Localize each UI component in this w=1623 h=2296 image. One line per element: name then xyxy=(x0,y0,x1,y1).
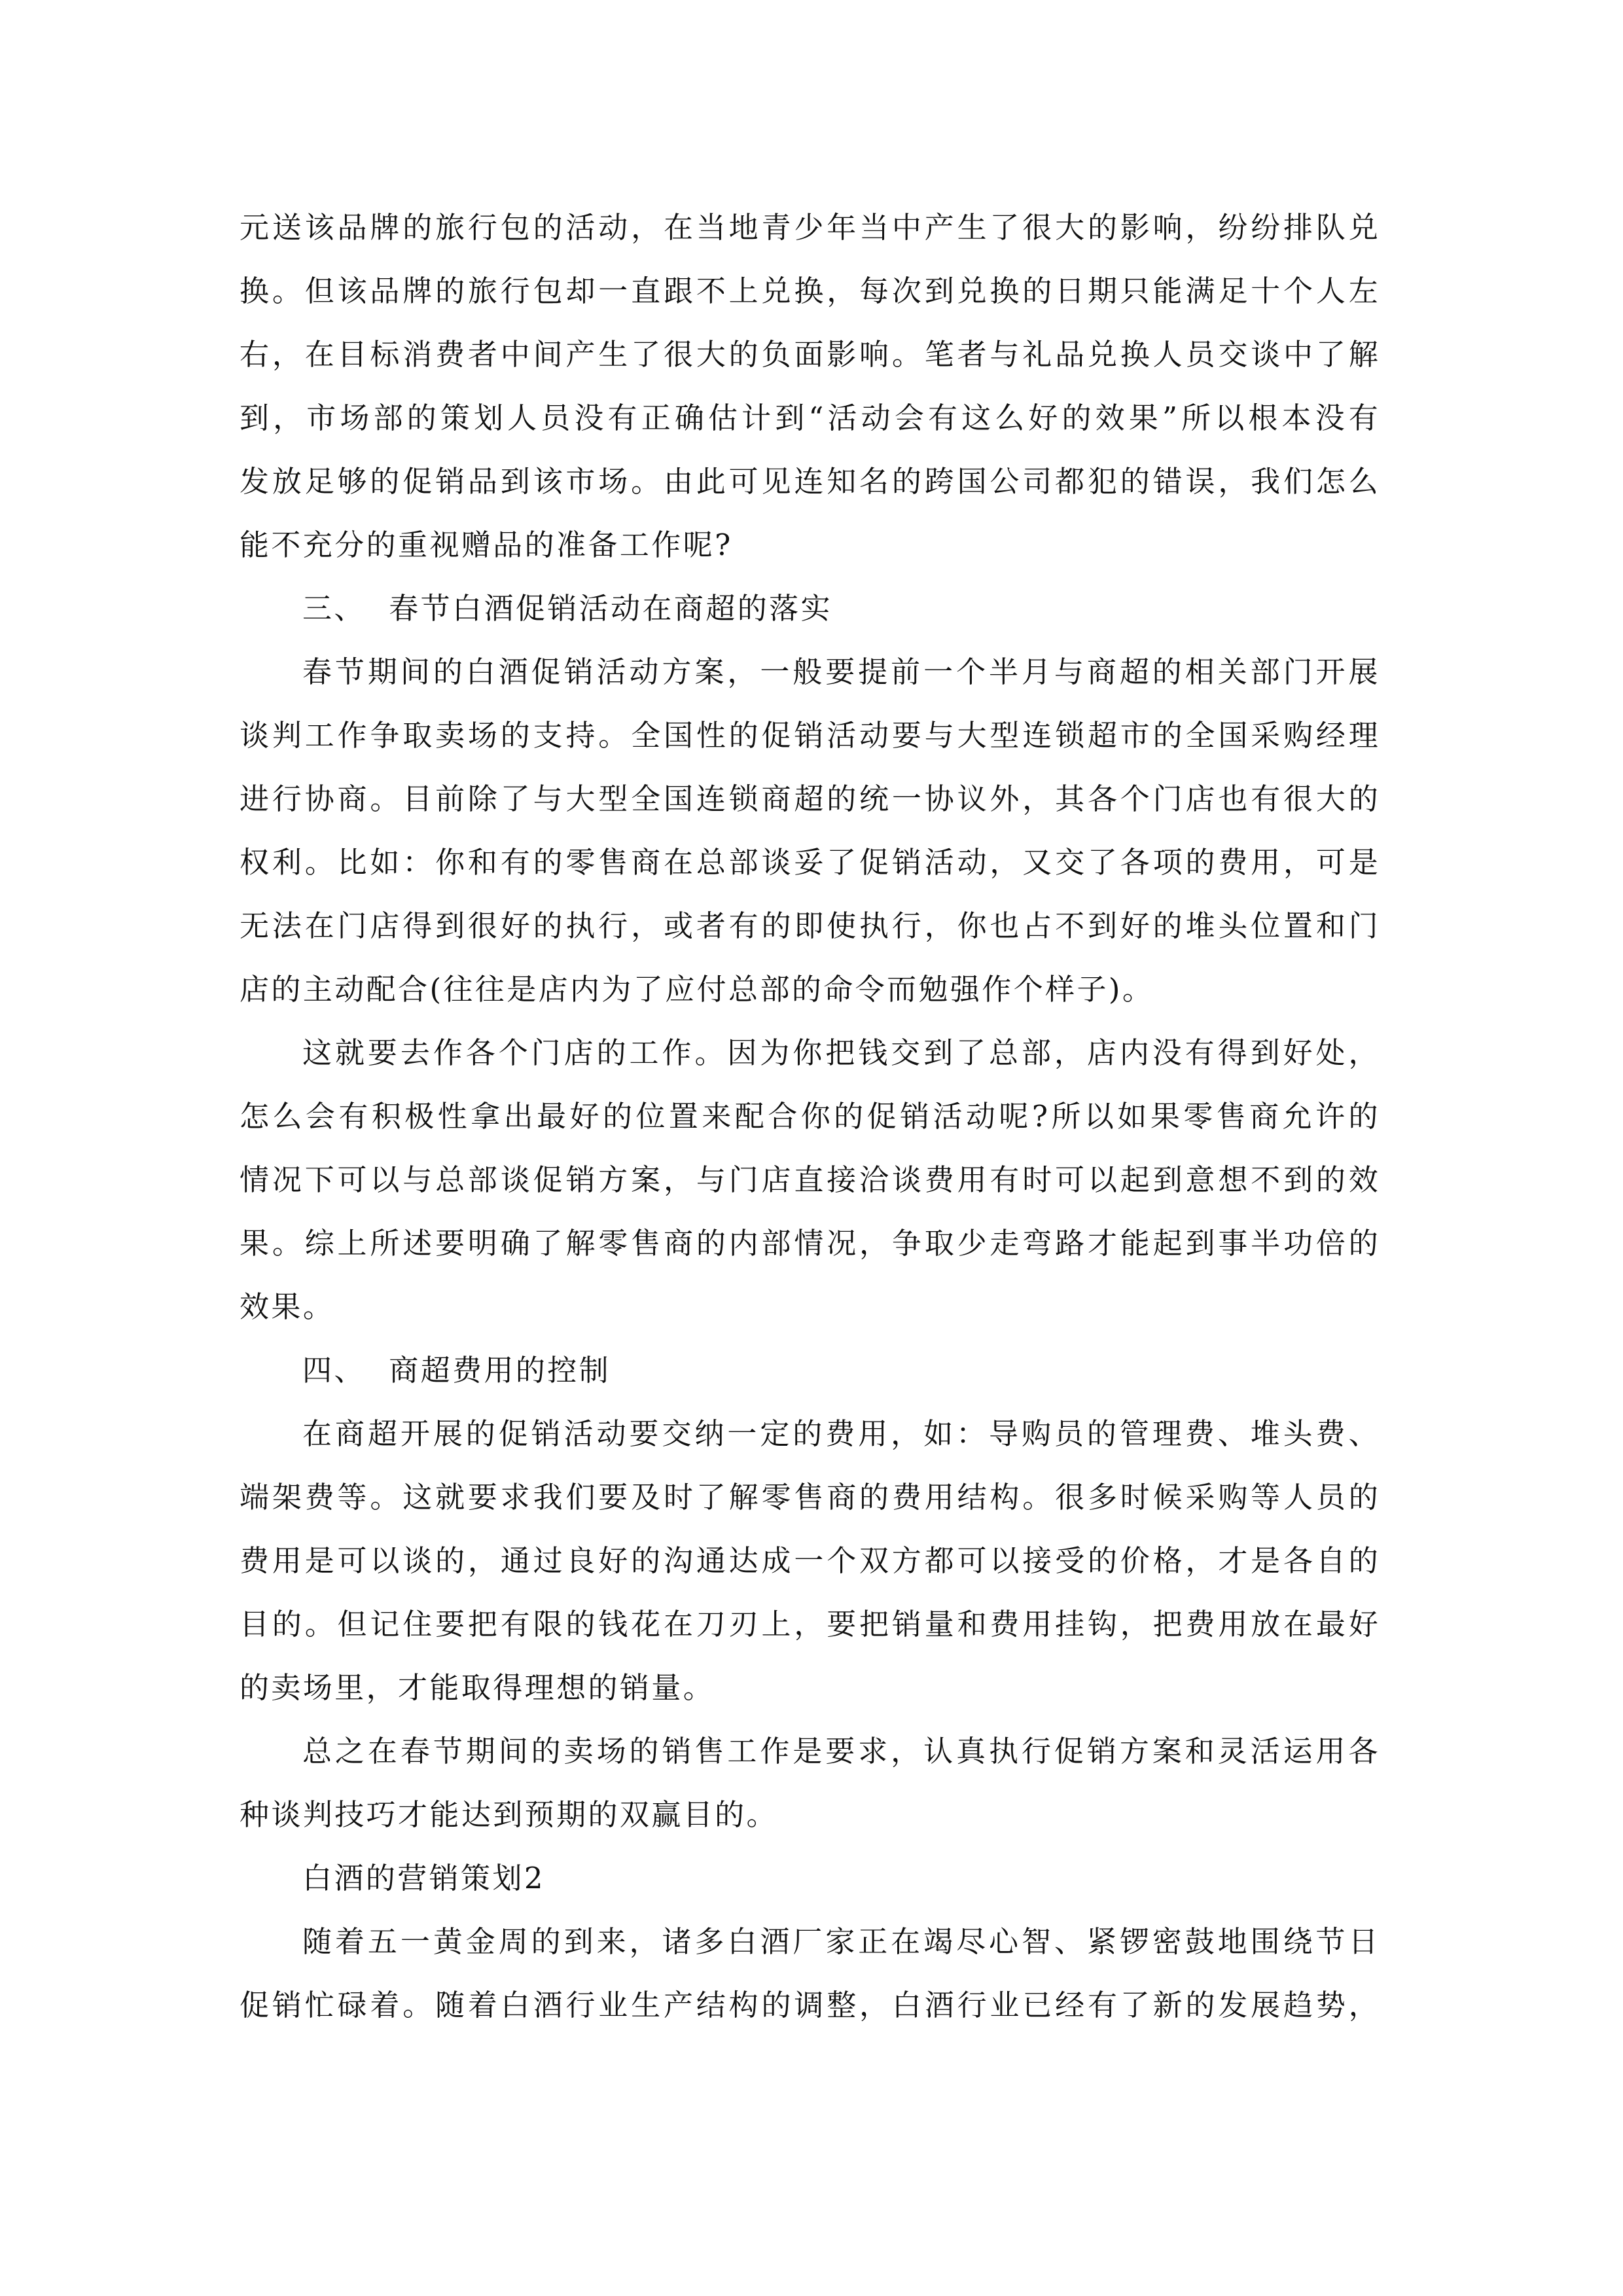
glyph: 况 xyxy=(272,1160,302,1224)
glyph: 型 xyxy=(598,780,628,843)
glyph: 价 xyxy=(1120,1541,1150,1605)
glyph: 全 xyxy=(1185,716,1215,780)
glyph: 个 xyxy=(1014,970,1043,1033)
glyph: 了 xyxy=(990,208,1019,272)
glyph: 期 xyxy=(368,653,397,716)
glyph: 周 xyxy=(499,1922,528,1986)
glyph: 礼 xyxy=(1022,335,1052,399)
glyph: 的 xyxy=(1185,843,1215,906)
glyph: 么 xyxy=(272,1097,302,1160)
glyph: 制 xyxy=(579,1351,609,1414)
glyph: 内 xyxy=(1120,1033,1149,1097)
glyph: 一 xyxy=(760,653,789,716)
glyph: 来 xyxy=(702,1097,731,1160)
glyph: 活 xyxy=(925,843,954,906)
glyph: 的 xyxy=(1349,1478,1378,1541)
glyph: 促 xyxy=(499,1414,528,1478)
glyph: 费 xyxy=(452,1351,482,1414)
glyph: 满 xyxy=(1185,272,1215,335)
glyph: 处 xyxy=(1316,1033,1346,1097)
glyph: 交 xyxy=(1218,335,1247,399)
glyph: 有 xyxy=(1349,399,1378,462)
section-title-2: 白酒的营销策划2 xyxy=(240,1859,1378,1922)
glyph: 门 xyxy=(338,906,367,970)
glyph: 超 xyxy=(794,780,823,843)
glyph: 所 xyxy=(1181,399,1211,462)
glyph: 大 xyxy=(1055,208,1084,272)
glyph: 受 xyxy=(1055,1541,1084,1605)
glyph: 中 xyxy=(1283,335,1313,399)
glyph: 和 xyxy=(468,843,497,906)
glyph: 而 xyxy=(887,970,916,1033)
document-page: 元送该品牌的旅行包的活动，在当地青少年当中产生了很大的影响，纷纷排队兑 换。但该… xyxy=(240,208,1378,2049)
glyph: 动 xyxy=(334,970,364,1033)
glyph: 的 xyxy=(407,399,437,462)
glyph: 作 xyxy=(433,1033,463,1097)
glyph: 与 xyxy=(1054,653,1084,716)
glyph: 确 xyxy=(675,399,704,462)
glyph: 综 xyxy=(305,1224,334,1287)
glyph: 店 xyxy=(240,970,269,1033)
glyph: 及 xyxy=(631,1478,660,1541)
glyph: 赠 xyxy=(461,526,491,589)
glyph: 在 xyxy=(302,1414,332,1478)
glyph: 的 xyxy=(1062,399,1092,462)
glyph: 影 xyxy=(1120,208,1150,272)
glyph: ， xyxy=(272,335,302,399)
glyph: 得 xyxy=(493,1668,522,1732)
glyph: 尽 xyxy=(956,1922,986,1986)
glyph: 的 xyxy=(1087,1414,1116,1478)
glyph: 性 xyxy=(438,1097,467,1160)
glyph: 准 xyxy=(556,526,586,589)
glyph: 但 xyxy=(305,272,334,335)
glyph: 。 xyxy=(1122,970,1152,1033)
glyph: 店 xyxy=(539,970,568,1033)
glyph: 我 xyxy=(533,1478,563,1541)
glyph: 促 xyxy=(762,716,791,780)
glyph: 情 xyxy=(240,1160,269,1224)
glyph: 与 xyxy=(696,1160,726,1224)
glyph: ， xyxy=(859,1986,889,2049)
glyph: 行 xyxy=(598,906,628,970)
glyph: 很 xyxy=(1022,208,1052,272)
glyph: 允 xyxy=(1283,1097,1312,1160)
glyph: 。 xyxy=(303,1287,332,1351)
glyph: 各 xyxy=(1120,843,1150,906)
glyph: 协 xyxy=(305,780,334,843)
glyph: 果 xyxy=(240,1224,269,1287)
glyph: 争 xyxy=(892,1224,921,1287)
glyph: 门 xyxy=(1153,780,1183,843)
glyph: 白 xyxy=(302,1859,332,1922)
text-line: 怎么会有积极性拿出最好的位置来配合你的促销活动呢?所以如果零售商允许的 xyxy=(240,1097,1378,1160)
glyph: 、 xyxy=(1054,1922,1084,1986)
glyph: 置 xyxy=(1283,906,1313,970)
glyph: 了 xyxy=(631,335,660,399)
glyph: 期 xyxy=(556,1795,586,1859)
glyph: 的 xyxy=(533,843,563,906)
glyph: 间 xyxy=(401,653,430,716)
glyph: 最 xyxy=(537,1097,566,1160)
glyph: 全 xyxy=(631,780,660,843)
glyph: 落 xyxy=(769,589,798,653)
glyph: 生 xyxy=(631,1986,660,2049)
glyph: 实 xyxy=(801,589,830,653)
glyph: 。 xyxy=(272,1224,302,1287)
glyph: 等 xyxy=(1251,1478,1280,1541)
glyph: 节 xyxy=(421,589,450,653)
section-heading-3: 三、 春节白酒促销活动在商超的落实 xyxy=(240,589,1378,653)
glyph xyxy=(366,1351,375,1414)
glyph: 围 xyxy=(1251,1922,1280,1986)
glyph: 部 xyxy=(1251,653,1280,716)
glyph: 会 xyxy=(306,1097,335,1160)
glyph: 样 xyxy=(1045,970,1075,1033)
glyph: 到 xyxy=(1251,1033,1280,1097)
glyph: 弯 xyxy=(1022,1224,1052,1287)
glyph: 放 xyxy=(272,462,302,526)
glyph: 费 xyxy=(1316,1414,1346,1478)
text-line: 春节期间的白酒促销活动方案，一般要提前一个半月与商超的相关部门开展 xyxy=(240,653,1378,716)
paragraph: 这就要去作各个门店的工作。因为你把钱交到了总部，店内没有得到好处， 怎么会有积极… xyxy=(240,1033,1378,1351)
text-line: 果。综上所述要明确了解零售商的内部情况，争取少走弯路才能起到事半功倍的 xyxy=(240,1224,1378,1287)
glyph: 进 xyxy=(240,780,269,843)
glyph: 如 xyxy=(1117,1097,1147,1160)
glyph: 次 xyxy=(892,272,921,335)
glyph: 方 xyxy=(598,1160,628,1224)
glyph: 人 xyxy=(1316,272,1346,335)
glyph: 合 xyxy=(768,1097,797,1160)
glyph: 的 xyxy=(531,1922,561,1986)
text-line: 元送该品牌的旅行包的活动，在当地青少年当中产生了很大的影响，纷纷排队兑 xyxy=(240,208,1378,272)
glyph: 谈 xyxy=(501,1160,530,1224)
glyph: 没 xyxy=(574,399,603,462)
glyph: 你 xyxy=(801,1097,830,1160)
glyph: 随 xyxy=(302,1922,332,1986)
glyph: 总 xyxy=(728,970,758,1033)
glyph: 有 xyxy=(338,1097,368,1160)
glyph: 解 xyxy=(565,1224,595,1287)
glyph: 到 xyxy=(1088,906,1117,970)
glyph: 产 xyxy=(664,1986,693,2049)
glyph: 你 xyxy=(957,906,987,970)
glyph: 面 xyxy=(794,335,823,399)
glyph: 生 xyxy=(598,335,628,399)
glyph: 大 xyxy=(957,716,987,780)
glyph: ， xyxy=(1185,1541,1215,1605)
glyph: 竭 xyxy=(923,1922,953,1986)
glyph: 执 xyxy=(859,906,889,970)
glyph: 的 xyxy=(1316,1160,1346,1224)
glyph: 商 xyxy=(827,1478,856,1541)
glyph: ， xyxy=(631,208,660,272)
glyph: 白 xyxy=(727,1922,757,1986)
glyph: 超 xyxy=(705,589,735,653)
glyph: 青 xyxy=(762,208,791,272)
glyph: 势 xyxy=(1316,1986,1346,2049)
glyph: 酒 xyxy=(760,1922,789,1986)
glyph: 队 xyxy=(1316,208,1346,272)
glyph: 店 xyxy=(564,1033,594,1097)
glyph: 又 xyxy=(1022,843,1052,906)
text-line: 费用是可以谈的，通过良好的沟通达成一个双方都可以接受的价格，才是各自的 xyxy=(240,1541,1378,1605)
glyph: 会 xyxy=(895,399,924,462)
glyph: 费 xyxy=(892,1478,921,1541)
glyph: 可 xyxy=(957,1541,987,1605)
glyph: 到 xyxy=(1153,1160,1183,1224)
glyph: 促 xyxy=(516,589,545,653)
glyph: 店 xyxy=(370,906,399,970)
glyph: 好 xyxy=(1028,399,1058,462)
glyph: 好 xyxy=(501,906,530,970)
glyph: 在 xyxy=(368,1732,397,1795)
glyph: 应 xyxy=(665,970,694,1033)
glyph: 的 xyxy=(588,1795,617,1859)
section-heading-4: 四、 商超费用的控制 xyxy=(240,1351,1378,1414)
glyph: 和 xyxy=(1185,1732,1215,1795)
glyph: 的 xyxy=(240,1668,269,1732)
glyph: 促 xyxy=(402,462,432,526)
glyph: 多 xyxy=(1088,1478,1117,1541)
glyph: 要 xyxy=(825,653,855,716)
glyph: 动 xyxy=(966,1097,995,1160)
glyph: 行 xyxy=(565,1986,595,2049)
glyph: 销 xyxy=(565,1160,595,1224)
glyph: 极 xyxy=(404,1097,434,1160)
glyph: 的 xyxy=(588,1668,617,1732)
glyph: 行 xyxy=(501,272,530,335)
glyph: 着 xyxy=(370,1986,399,2049)
glyph: 般 xyxy=(793,653,822,716)
glyph: 品 xyxy=(493,526,522,589)
glyph: 充 xyxy=(303,526,332,589)
glyph: 纳 xyxy=(694,1414,724,1478)
glyph: 目 xyxy=(338,335,367,399)
glyph: 期 xyxy=(1088,272,1117,335)
glyph: 已 xyxy=(1022,1986,1052,2049)
glyph: 的 xyxy=(1349,1541,1378,1605)
glyph: 零 xyxy=(1183,1097,1213,1160)
glyph: 锁 xyxy=(729,780,758,843)
glyph: 的 xyxy=(1185,1986,1215,2049)
glyph: 通 xyxy=(696,1541,726,1605)
text-line: 种谈判技巧才能达到预期的双赢目的。 xyxy=(240,1795,1378,1859)
glyph: 的 xyxy=(466,1414,495,1478)
glyph: 想 xyxy=(1218,1160,1247,1224)
glyph: 。 xyxy=(1022,1478,1052,1541)
glyph: 牌 xyxy=(370,208,399,272)
glyph: 无 xyxy=(240,906,269,970)
glyph: 求 xyxy=(501,1478,530,1541)
glyph: 与 xyxy=(533,780,563,843)
glyph: 到 xyxy=(564,1922,594,1986)
glyph: 相 xyxy=(1185,653,1215,716)
glyph: 钱 xyxy=(598,1605,628,1668)
glyph: 一 xyxy=(401,1922,430,1986)
glyph: 节 xyxy=(433,1732,463,1795)
glyph: 人 xyxy=(1153,335,1183,399)
glyph: 明 xyxy=(468,1224,497,1287)
glyph: 影 xyxy=(827,335,856,399)
glyph: 们 xyxy=(565,1478,595,1541)
glyph: 也 xyxy=(990,906,1019,970)
glyph: 之 xyxy=(335,1732,365,1795)
glyph: 部 xyxy=(760,970,789,1033)
glyph: 果 xyxy=(271,1287,300,1351)
glyph: 达 xyxy=(729,1541,758,1605)
glyph: 的 xyxy=(1152,653,1182,716)
glyph: 是 xyxy=(305,1541,334,1605)
glyph: 执 xyxy=(989,1732,1018,1795)
glyph: 销 xyxy=(547,589,577,653)
glyph: 所 xyxy=(1051,1097,1080,1160)
glyph: 在 xyxy=(891,1922,920,1986)
glyph: 情 xyxy=(794,1224,823,1287)
glyph: 能 xyxy=(240,526,269,589)
glyph: 。 xyxy=(402,1986,432,2049)
glyph: 就 xyxy=(335,1033,365,1097)
glyph: 员 xyxy=(1185,335,1215,399)
glyph: 很 xyxy=(1283,780,1313,843)
glyph: 到 xyxy=(923,1033,953,1097)
glyph: 付 xyxy=(697,970,726,1033)
glyph: 到 xyxy=(1283,1160,1313,1224)
glyph: 门 xyxy=(729,1160,758,1224)
glyph: 少 xyxy=(957,1224,987,1287)
glyph: 的 xyxy=(435,1541,465,1605)
glyph: 市 xyxy=(1120,716,1150,780)
glyph: 者 xyxy=(957,335,987,399)
glyph: 售 xyxy=(1217,1097,1246,1160)
glyph: 占 xyxy=(1022,906,1052,970)
glyph: 间 xyxy=(499,1732,528,1795)
glyph: 卖 xyxy=(271,1668,300,1732)
glyph: 标 xyxy=(370,335,399,399)
glyph: 用 xyxy=(1022,1605,1052,1668)
glyph: 中 xyxy=(892,208,921,272)
glyph: 前 xyxy=(891,653,920,716)
glyph: 你 xyxy=(435,843,465,906)
glyph: 者 xyxy=(468,335,497,399)
glyph: 三 xyxy=(302,589,332,653)
glyph: 议 xyxy=(957,780,987,843)
glyph: 用 xyxy=(272,1541,302,1605)
glyph: 采 xyxy=(1251,716,1280,780)
glyph: 全 xyxy=(631,716,660,780)
glyph: 比 xyxy=(338,843,367,906)
glyph: 日 xyxy=(1055,272,1084,335)
glyph: 一 xyxy=(892,780,921,843)
glyph: 大 xyxy=(1316,780,1346,843)
glyph: 刀 xyxy=(696,1605,726,1668)
glyph: 的 xyxy=(433,653,463,716)
glyph: 沟 xyxy=(664,1541,693,1605)
glyph: 谈 xyxy=(892,1160,921,1224)
glyph: 个 xyxy=(1120,780,1150,843)
text-line: 发放足够的促销品到该市场。由此可见连知名的跨国公司都犯的错误，我们怎么 xyxy=(240,462,1378,526)
glyph: 一 xyxy=(727,1414,757,1478)
glyph: 利 xyxy=(272,843,302,906)
glyph: 绕 xyxy=(1283,1922,1313,1986)
glyph: 管 xyxy=(1120,1414,1149,1478)
glyph: 能 xyxy=(429,1668,459,1732)
glyph: 费 xyxy=(1218,843,1247,906)
glyph: 赢 xyxy=(651,1795,681,1859)
glyph: 部 xyxy=(1022,1033,1051,1097)
glyph: 交 xyxy=(1055,843,1084,906)
glyph: 的 xyxy=(793,1414,822,1478)
glyph: 到 xyxy=(493,1795,522,1859)
glyph: 谈 xyxy=(1251,335,1280,399)
glyph: 。 xyxy=(305,843,334,906)
glyph: 换 xyxy=(990,272,1019,335)
glyph: 笔 xyxy=(925,335,954,399)
glyph: ” xyxy=(1162,399,1177,462)
glyph: 各 xyxy=(1088,780,1117,843)
glyph: 统 xyxy=(859,780,889,843)
glyph: 活 xyxy=(1251,1732,1280,1795)
glyph: 的 xyxy=(597,1033,626,1097)
glyph: ， xyxy=(1218,462,1247,526)
glyph: 积 xyxy=(372,1097,401,1160)
glyph: 有 xyxy=(1088,1986,1117,2049)
glyph: 的 xyxy=(435,272,465,335)
glyph: 换 xyxy=(794,272,823,335)
glyph: 才 xyxy=(1088,1224,1117,1287)
glyph: 销 xyxy=(564,653,594,716)
glyph: 很 xyxy=(468,906,497,970)
glyph: 内 xyxy=(570,970,599,1033)
glyph: 酒 xyxy=(499,653,528,716)
glyph: 去 xyxy=(401,1033,430,1097)
glyph: 计 xyxy=(741,399,771,462)
glyph: 诸 xyxy=(662,1922,691,1986)
glyph: 家 xyxy=(825,1922,855,1986)
glyph: 员 xyxy=(541,399,570,462)
glyph: 调 xyxy=(794,1986,823,2049)
glyph: 场 xyxy=(598,462,628,526)
glyph: 心 xyxy=(989,1922,1018,1986)
glyph: 工 xyxy=(620,526,649,589)
glyph: 商 xyxy=(1087,653,1116,716)
glyph: 往 xyxy=(475,970,505,1033)
glyph: 活 xyxy=(564,1414,594,1478)
text-line: 权利。比如：你和有的零售商在总部谈妥了促销活动，又交了各项的费用，可是 xyxy=(240,843,1378,906)
glyph: 权 xyxy=(240,843,269,906)
glyph: ， xyxy=(366,1668,396,1732)
glyph: 案 xyxy=(631,1160,660,1224)
glyph: 商 xyxy=(674,589,704,653)
glyph: 费 xyxy=(1185,1605,1215,1668)
glyph: ， xyxy=(925,906,954,970)
glyph: 智 xyxy=(1022,1922,1051,1986)
glyph: 的 xyxy=(272,1605,302,1668)
glyph: 包 xyxy=(501,208,530,272)
glyph: ， xyxy=(631,906,660,970)
glyph: 策 xyxy=(440,399,470,462)
text-line: 到，市场部的策划人员没有正确估计到“活动会有这么好的效果”所以根本没有 xyxy=(240,399,1378,462)
glyph: 端 xyxy=(240,1478,269,1541)
glyph: 到 xyxy=(775,399,804,462)
glyph: 有 xyxy=(1251,780,1280,843)
glyph: 犯 xyxy=(1088,462,1117,526)
glyph: 求 xyxy=(858,1732,887,1795)
glyph xyxy=(366,589,375,653)
glyph: ， xyxy=(664,1160,693,1224)
glyph: 。 xyxy=(892,335,921,399)
heading-text: 白酒的营销策划2 xyxy=(240,1859,1378,1922)
